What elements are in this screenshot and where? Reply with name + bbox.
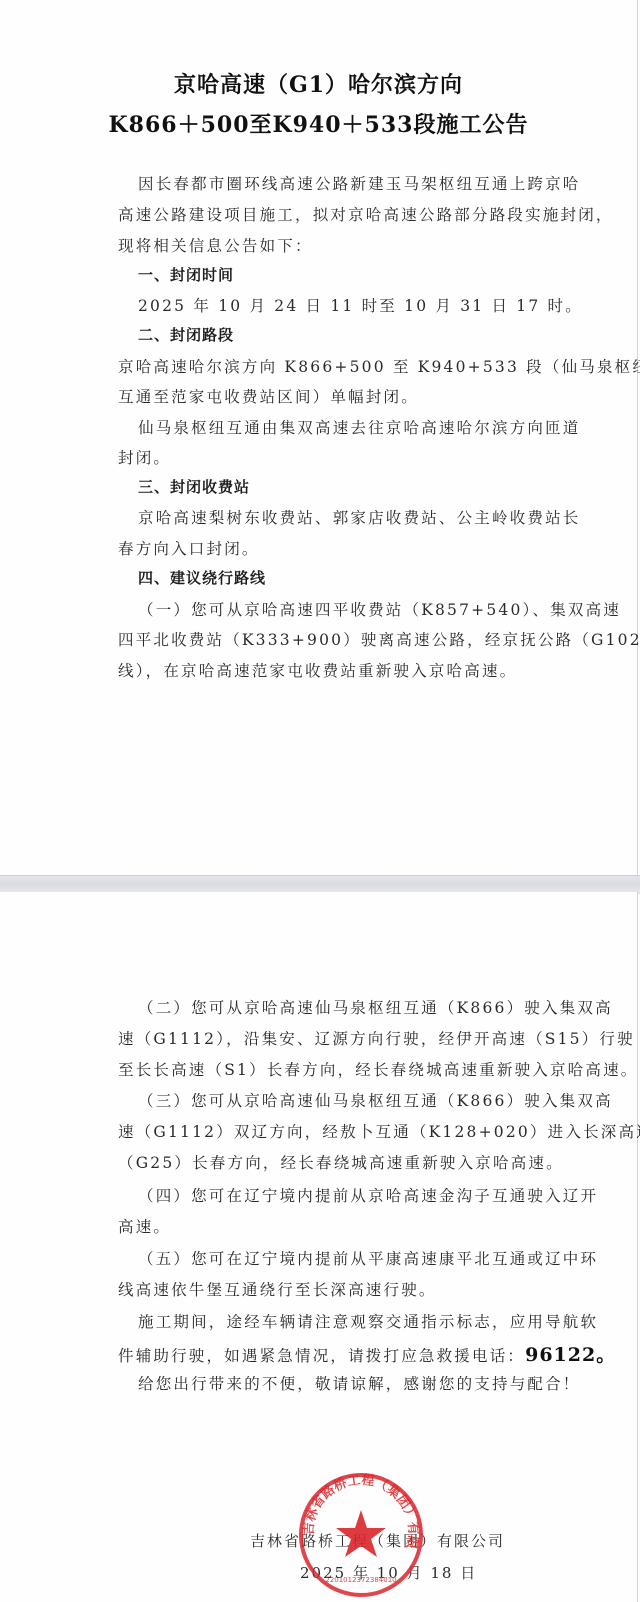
section-heading-closure-section: 二、封闭路段 <box>138 324 234 345</box>
detour-route-1-line: 线），在京哈高速范家屯收费站重新驶入京哈高速。 <box>118 659 517 681</box>
closure-section-line: 京哈高速哈尔滨方向 K866+500 至 K940+533 段（仙马泉枢纽 <box>118 355 640 377</box>
svg-text:2201012372384010: 2201012372384010 <box>325 1576 396 1584</box>
emergency-hotline: 96122。 <box>525 1344 616 1366</box>
detour-route-5-line: （五）您可在辽宁境内提前从平康高速康平北互通或辽中环 <box>138 1247 598 1269</box>
toll-stations-line: 京哈高速梨树东收费站、郭家店收费站、公主岭收费站长 <box>138 506 581 528</box>
detour-route-1-line: 四平北收费站（K333+900）驶离高速公路，经京抚公路（G102 <box>118 628 640 650</box>
section-heading-detour: 四、建议绕行路线 <box>138 567 266 588</box>
notice-line: 件辅助行驶，如遇紧急情况，请拨打应急救援电话：96122。 <box>118 1340 616 1367</box>
closing-line: 给您出行带来的不便，敬请谅解，感谢您的支持与配合！ <box>138 1372 581 1394</box>
detour-route-3-line: （G25）长春方向，经长春绕城高速重新驶入京哈高速。 <box>118 1151 564 1173</box>
detour-route-3-line: （三）您可从京哈高速仙马泉枢纽互通（K866）驶入集双高 <box>138 1089 613 1111</box>
detour-route-2-line: （二）您可从京哈高速仙马泉枢纽互通（K866）驶入集双高 <box>138 996 613 1018</box>
detour-route-2-line: 至长长高速（S1）长春方向，经长春绕城高速重新驶入京哈高速。 <box>118 1058 638 1080</box>
detour-route-1-line: （一）您可从京哈高速四平收费站（K857+540）、集双高速 <box>138 598 621 620</box>
detour-route-3-line: 速（G1112）双辽方向，经敖卜互通（K128+020）进入长深高速 <box>118 1120 640 1142</box>
notice-title-line-1: 京哈高速（G1）哈尔滨方向 <box>0 68 637 99</box>
closure-section-line: 封闭。 <box>118 446 171 468</box>
notice-line: 施工期间，途经车辆请注意观察交通指示标志，应用导航软 <box>138 1310 598 1332</box>
closure-section-line: 仙马泉枢纽互通由集双高速去往京哈高速哈尔滨方向匝道 <box>138 416 581 438</box>
detour-route-4-line: 高速。 <box>118 1215 171 1237</box>
section-heading-toll-stations: 三、封闭收费站 <box>138 476 250 497</box>
notice-line-prefix: 件辅助行驶，如遇紧急情况，请拨打应急救援电话： <box>118 1347 525 1365</box>
intro-line: 因长春都市圈环线高速公路新建玉马架枢纽互通上跨京哈 <box>138 172 581 194</box>
notice-title-line-2: K866＋500至K940＋533段施工公告 <box>0 108 637 139</box>
intro-line: 现将相关信息公告如下： <box>118 234 313 256</box>
section-heading-closure-time: 一、封闭时间 <box>138 264 234 285</box>
closure-time-text: 2025 年 10 月 24 日 11 时至 10 月 31 日 17 时。 <box>138 294 583 316</box>
closure-section-line: 互通至范家屯收费站区间）单幅封闭。 <box>118 385 419 407</box>
detour-route-2-line: 速（G1112），沿集安、辽源方向行驶，经伊开高速（S15）行驶 <box>118 1027 635 1049</box>
official-seal-icon: 吉林省路桥工程（集团）有限公司 2201012372384010 <box>296 1470 426 1600</box>
toll-stations-line: 春方向入口封闭。 <box>118 537 260 559</box>
detour-route-5-line: 线高速依牛堡互通绕行至长深高速行驶。 <box>118 1278 437 1300</box>
intro-line: 高速公路建设项目施工，拟对京哈高速公路部分路段实施封闭， <box>118 203 614 225</box>
detour-route-4-line: （四）您可在辽宁境内提前从京哈高速金沟子互通驶入辽开 <box>138 1184 598 1206</box>
